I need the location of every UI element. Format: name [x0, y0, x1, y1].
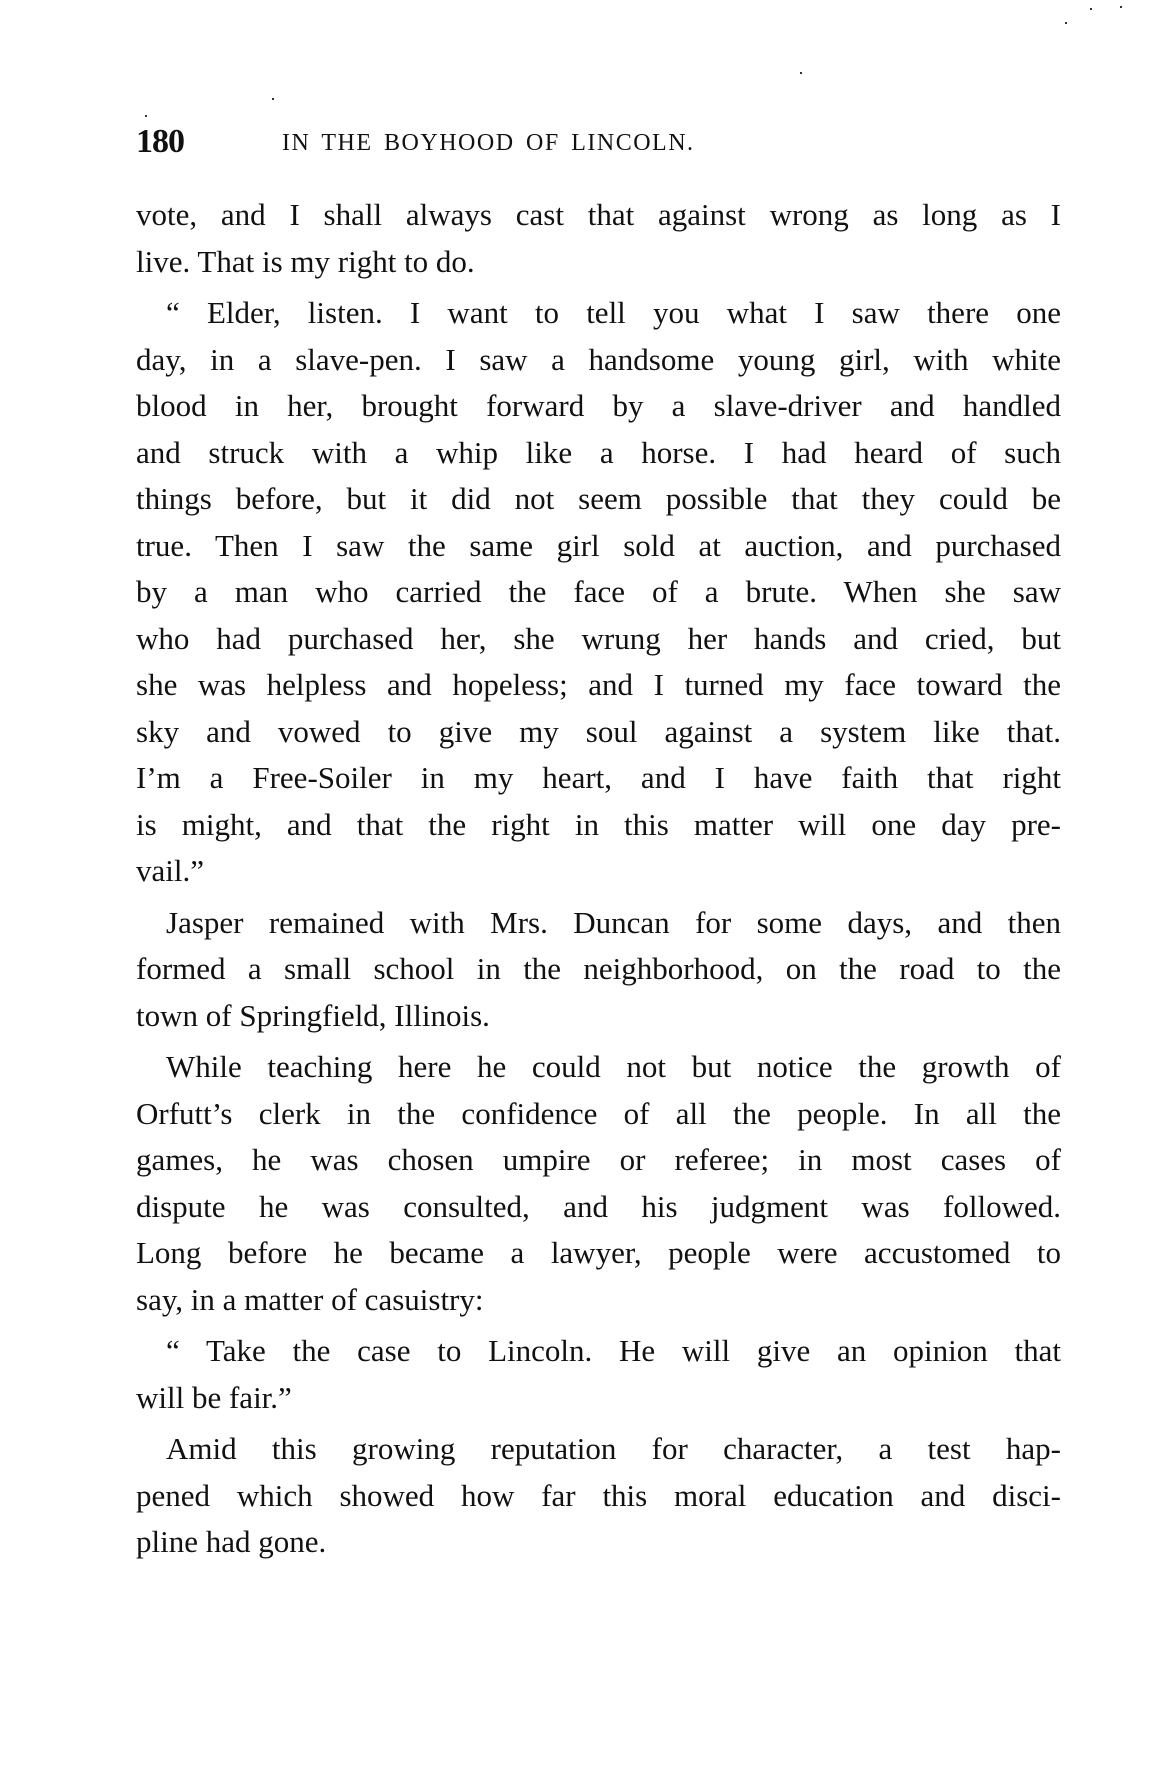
scan-speck: [272, 98, 274, 100]
text-line: true. Then I saw the same girl sold at a…: [136, 523, 1061, 570]
text-line: Jasper remained with Mrs. Duncan for som…: [136, 900, 1061, 947]
text-line: “ Take the case to Lincoln. He will give…: [136, 1328, 1061, 1375]
text-line: vote, and I shall always cast that again…: [136, 192, 1061, 239]
text-line: Long before he became a lawyer, people w…: [136, 1230, 1061, 1277]
text-line: live. That is my right to do.: [136, 239, 1061, 286]
text-line: pline had gone.: [136, 1519, 1061, 1566]
text-line: vail.”: [136, 848, 1061, 895]
scan-speck: [1090, 8, 1092, 10]
text-line: will be fair.”: [136, 1375, 1061, 1422]
text-line: Amid this growing reputation for charact…: [136, 1426, 1061, 1473]
text-line: by a man who carried the face of a brute…: [136, 569, 1061, 616]
body-text: vote, and I shall always cast that again…: [136, 192, 1061, 1566]
text-line: blood in her, brought forward by a slave…: [136, 383, 1061, 430]
text-line: town of Springfield, Illinois.: [136, 993, 1061, 1040]
text-line: “ Elder, listen. I want to tell you what…: [136, 290, 1061, 337]
page-number: 180: [136, 124, 184, 160]
text-line: and struck with a whip like a horse. I h…: [136, 430, 1061, 477]
scan-speck: [1120, 6, 1122, 8]
text-line: While teaching here he could not but not…: [136, 1044, 1061, 1091]
text-line: who had purchased her, she wrung her han…: [136, 616, 1061, 663]
text-line: pened which showed how far this moral ed…: [136, 1473, 1061, 1520]
text-line: day, in a slave-pen. I saw a handsome yo…: [136, 337, 1061, 384]
text-line: she was helpless and hopeless; and I tur…: [136, 662, 1061, 709]
text-line: say, in a matter of casuistry:: [136, 1277, 1061, 1324]
text-line: sky and vowed to give my soul against a …: [136, 709, 1061, 756]
text-line: dispute he was consulted, and his judgme…: [136, 1184, 1061, 1231]
text-line: Orfutt’s clerk in the confidence of all …: [136, 1091, 1061, 1138]
running-head: 180 IN THE BOYHOOD OF LINCOLN.: [136, 124, 1061, 160]
text-line: formed a small school in the neighborhoo…: [136, 946, 1061, 993]
text-line: games, he was chosen umpire or referee; …: [136, 1137, 1061, 1184]
text-line: things before, but it did not seem possi…: [136, 476, 1061, 523]
scan-speck: [145, 115, 147, 117]
scan-speck: [1065, 22, 1067, 24]
book-page: 180 IN THE BOYHOOD OF LINCOLN. vote, and…: [0, 0, 1159, 1784]
scan-speck: [800, 72, 802, 74]
running-title: IN THE BOYHOOD OF LINCOLN.: [282, 128, 695, 158]
text-line: I’m a Free-Soiler in my heart, and I hav…: [136, 755, 1061, 802]
text-line: is might, and that the right in this mat…: [136, 802, 1061, 849]
